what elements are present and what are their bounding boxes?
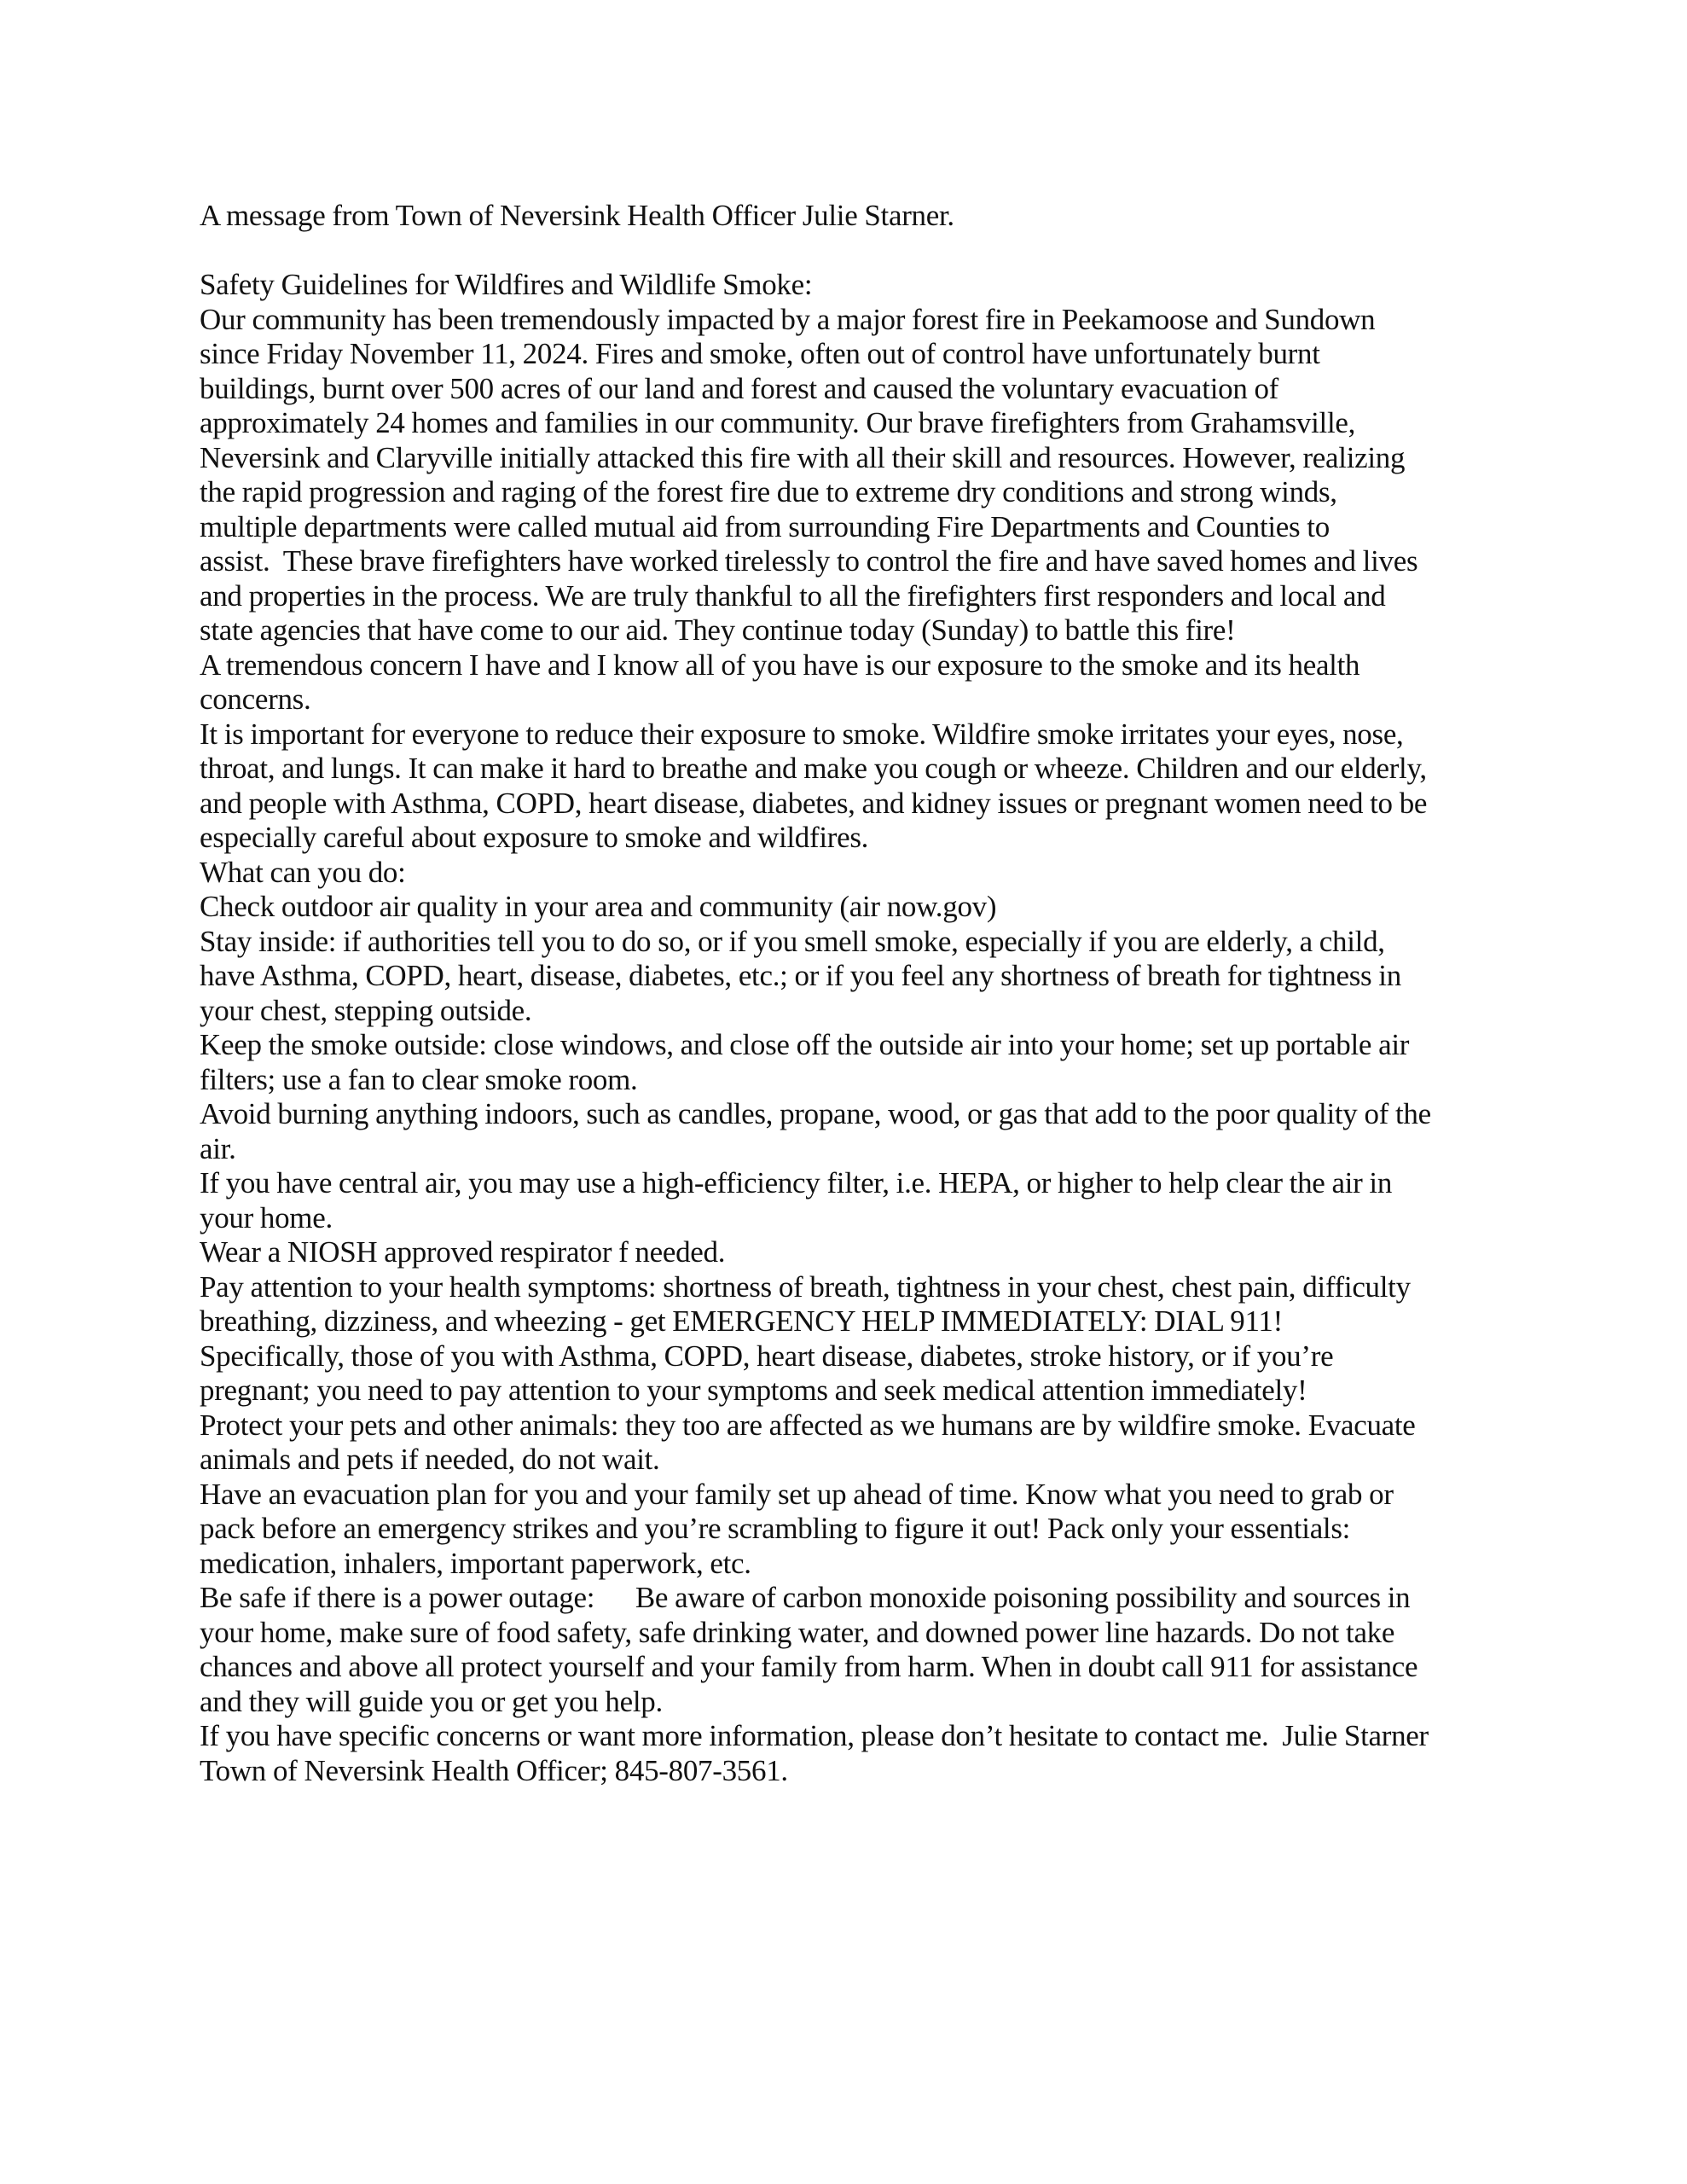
section-heading: Safety Guidelines for Wildfires and Wild… xyxy=(200,268,1530,303)
body-text-line: Wear a NIOSH approved respirator f neede… xyxy=(200,1235,1530,1270)
body-text-line: and they will guide you or get you help. xyxy=(200,1685,1530,1720)
body-text-line: approximately 24 homes and families in o… xyxy=(200,406,1530,441)
body-text-line: especially careful about exposure to smo… xyxy=(200,821,1530,856)
body-text-line: medication, inhalers, important paperwor… xyxy=(200,1547,1530,1582)
body-text-line: filters; use a fan to clear smoke room. xyxy=(200,1063,1530,1098)
body-text-line: buildings, burnt over 500 acres of our l… xyxy=(200,372,1530,407)
body-text-line: It is important for everyone to reduce t… xyxy=(200,717,1530,752)
body-text-line: your home. xyxy=(200,1201,1530,1236)
body-text-line: the rapid progression and raging of the … xyxy=(200,475,1530,510)
body-text-line: have Asthma, COPD, heart, disease, diabe… xyxy=(200,959,1530,994)
body-text-line: air. xyxy=(200,1132,1530,1167)
body-text-line: Protect your pets and other animals: the… xyxy=(200,1409,1530,1443)
body-text-line: Be safe if there is a power outage: Be a… xyxy=(200,1581,1530,1616)
body-text-line: A tremendous concern I have and I know a… xyxy=(200,648,1530,683)
body-text-line: Avoid burning anything indoors, such as … xyxy=(200,1097,1530,1132)
body-text-line: Pay attention to your health symptoms: s… xyxy=(200,1270,1530,1305)
intro-line: A message from Town of Neversink Health … xyxy=(200,199,1530,234)
body-text-line: throat, and lungs. It can make it hard t… xyxy=(200,752,1530,787)
body-text-line: Keep the smoke outside: close windows, a… xyxy=(200,1028,1530,1063)
body-text-line: since Friday November 11, 2024. Fires an… xyxy=(200,337,1530,372)
body-text-line: Have an evacuation plan for you and your… xyxy=(200,1478,1530,1513)
body-lines: Our community has been tremendously impa… xyxy=(200,303,1530,1789)
body-text-line: What can you do: xyxy=(200,856,1530,891)
body-text-line: your chest, stepping outside. xyxy=(200,994,1530,1029)
body-text-line: and properties in the process. We are tr… xyxy=(200,579,1530,614)
body-text-line: state agencies that have come to our aid… xyxy=(200,613,1530,648)
body-text-line: your home, make sure of food safety, saf… xyxy=(200,1616,1530,1651)
body-text-line: animals and pets if needed, do not wait. xyxy=(200,1443,1530,1478)
body-text-line: Our community has been tremendously impa… xyxy=(200,303,1530,338)
body-text-line: and people with Asthma, COPD, heart dise… xyxy=(200,787,1530,822)
body-text-line: multiple departments were called mutual … xyxy=(200,510,1530,545)
body-text-line: Neversink and Claryville initially attac… xyxy=(200,441,1530,476)
body-text-line: If you have specific concerns or want mo… xyxy=(200,1719,1530,1754)
body-text-line: chances and above all protect yourself a… xyxy=(200,1650,1530,1685)
body-text-line: Town of Neversink Health Officer; 845-80… xyxy=(200,1754,1530,1789)
blank-line xyxy=(200,234,1530,269)
body-text-line: If you have central air, you may use a h… xyxy=(200,1166,1530,1201)
body-text-line: Stay inside: if authorities tell you to … xyxy=(200,925,1530,960)
body-text-line: breathing, dizziness, and wheezing - get… xyxy=(200,1304,1530,1339)
body-text-line: concerns. xyxy=(200,682,1530,717)
document-page: A message from Town of Neversink Health … xyxy=(0,0,1687,2184)
body-text-line: Check outdoor air quality in your area a… xyxy=(200,890,1530,925)
letter-body: A message from Town of Neversink Health … xyxy=(200,199,1530,1788)
body-text-line: pack before an emergency strikes and you… xyxy=(200,1512,1530,1547)
body-text-line: Specifically, those of you with Asthma, … xyxy=(200,1339,1530,1374)
body-text-line: pregnant; you need to pay attention to y… xyxy=(200,1374,1530,1409)
body-text-line: assist. These brave firefighters have wo… xyxy=(200,544,1530,579)
